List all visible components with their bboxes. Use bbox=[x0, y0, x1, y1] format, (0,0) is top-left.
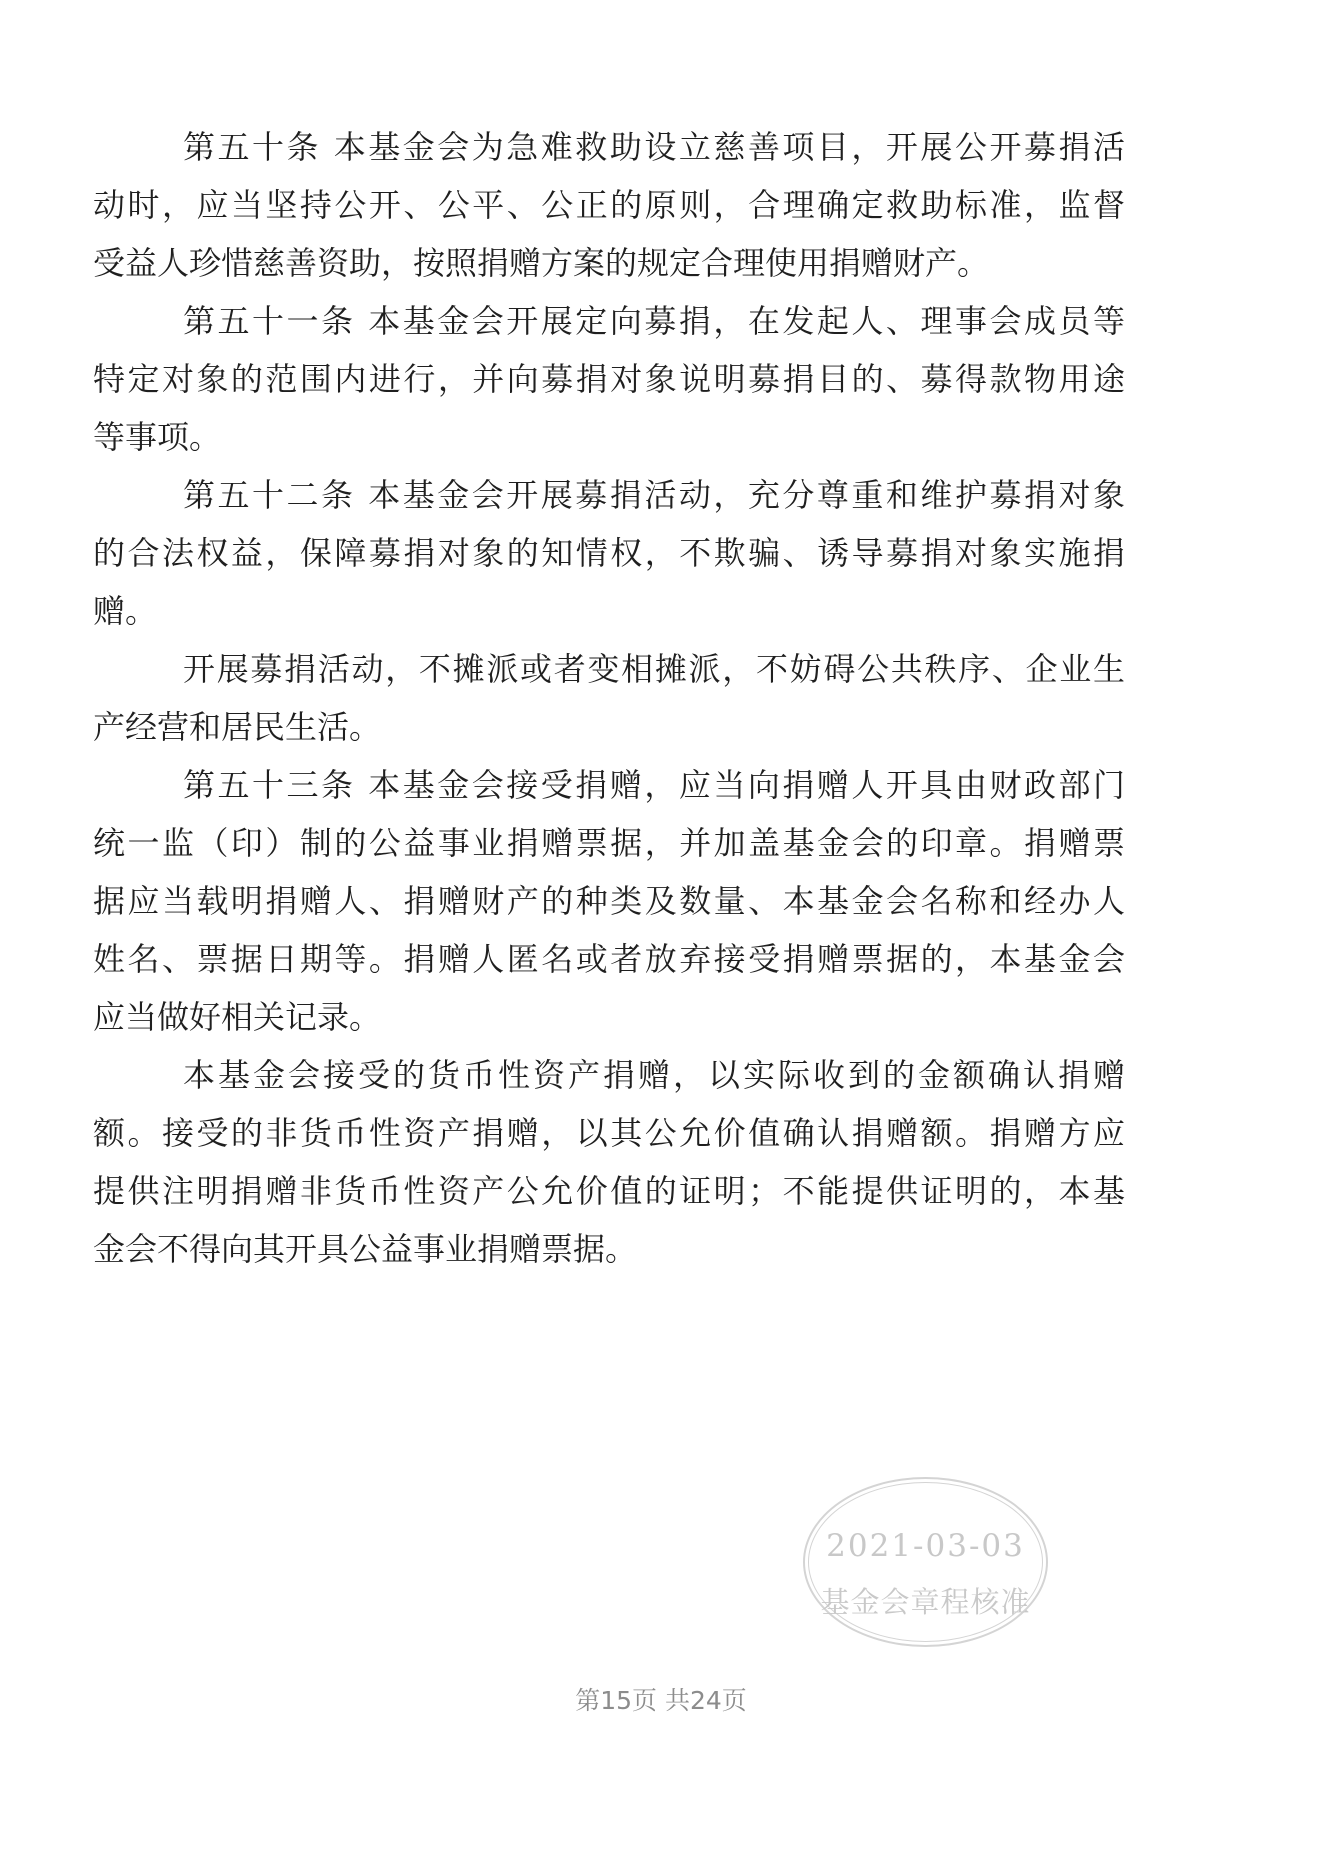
document-line: 第五十三条 本基金会接受捐赠，应当向捐赠人开具由财政部门 bbox=[93, 756, 1125, 814]
stamp-label: 基金会章程核准 bbox=[803, 1588, 1048, 1617]
document-line: 赠。 bbox=[93, 582, 1125, 640]
approval-stamp: 2021-03-03 基金会章程核准 bbox=[803, 1477, 1048, 1647]
document-line: 第五十一条 本基金会开展定向募捐，在发起人、理事会成员等 bbox=[93, 292, 1125, 350]
document-line: 受益人珍惜慈善资助，按照捐赠方案的规定合理使用捐赠财产。 bbox=[93, 234, 1125, 292]
document-line: 动时，应当坚持公开、公平、公正的原则，合理确定救助标准，监督 bbox=[93, 176, 1125, 234]
document-page: 第五十条 本基金会为急难救助设立慈善项目，开展公开募捐活动时，应当坚持公开、公平… bbox=[0, 0, 1322, 1869]
page-footer: 第15页 共24页 bbox=[0, 1686, 1322, 1716]
document-line: 应当做好相关记录。 bbox=[93, 988, 1125, 1046]
document-line: 额。接受的非货币性资产捐赠，以其公允价值确认捐赠额。捐赠方应 bbox=[93, 1104, 1125, 1162]
stamp-date: 2021-03-03 bbox=[803, 1531, 1048, 1562]
document-line: 的合法权益，保障募捐对象的知情权，不欺骗、诱导募捐对象实施捐 bbox=[93, 524, 1125, 582]
document-line: 等事项。 bbox=[93, 408, 1125, 466]
document-text-block: 第五十条 本基金会为急难救助设立慈善项目，开展公开募捐活动时，应当坚持公开、公平… bbox=[93, 118, 1125, 1278]
document-line: 统一监（印）制的公益事业捐赠票据，并加盖基金会的印章。捐赠票 bbox=[93, 814, 1125, 872]
document-line: 据应当载明捐赠人、捐赠财产的种类及数量、本基金会名称和经办人 bbox=[93, 872, 1125, 930]
document-line: 金会不得向其开具公益事业捐赠票据。 bbox=[93, 1220, 1125, 1278]
document-line: 第五十条 本基金会为急难救助设立慈善项目，开展公开募捐活 bbox=[93, 118, 1125, 176]
document-line: 本基金会接受的货币性资产捐赠，以实际收到的金额确认捐赠 bbox=[93, 1046, 1125, 1104]
document-line: 产经营和居民生活。 bbox=[93, 698, 1125, 756]
document-line: 提供注明捐赠非货币性资产公允价值的证明；不能提供证明的，本基 bbox=[93, 1162, 1125, 1220]
document-line: 特定对象的范围内进行，并向募捐对象说明募捐目的、募得款物用途 bbox=[93, 350, 1125, 408]
document-line: 开展募捐活动，不摊派或者变相摊派，不妨碍公共秩序、企业生 bbox=[93, 640, 1125, 698]
document-line: 姓名、票据日期等。捐赠人匿名或者放弃接受捐赠票据的，本基金会 bbox=[93, 930, 1125, 988]
document-line: 第五十二条 本基金会开展募捐活动，充分尊重和维护募捐对象 bbox=[93, 466, 1125, 524]
